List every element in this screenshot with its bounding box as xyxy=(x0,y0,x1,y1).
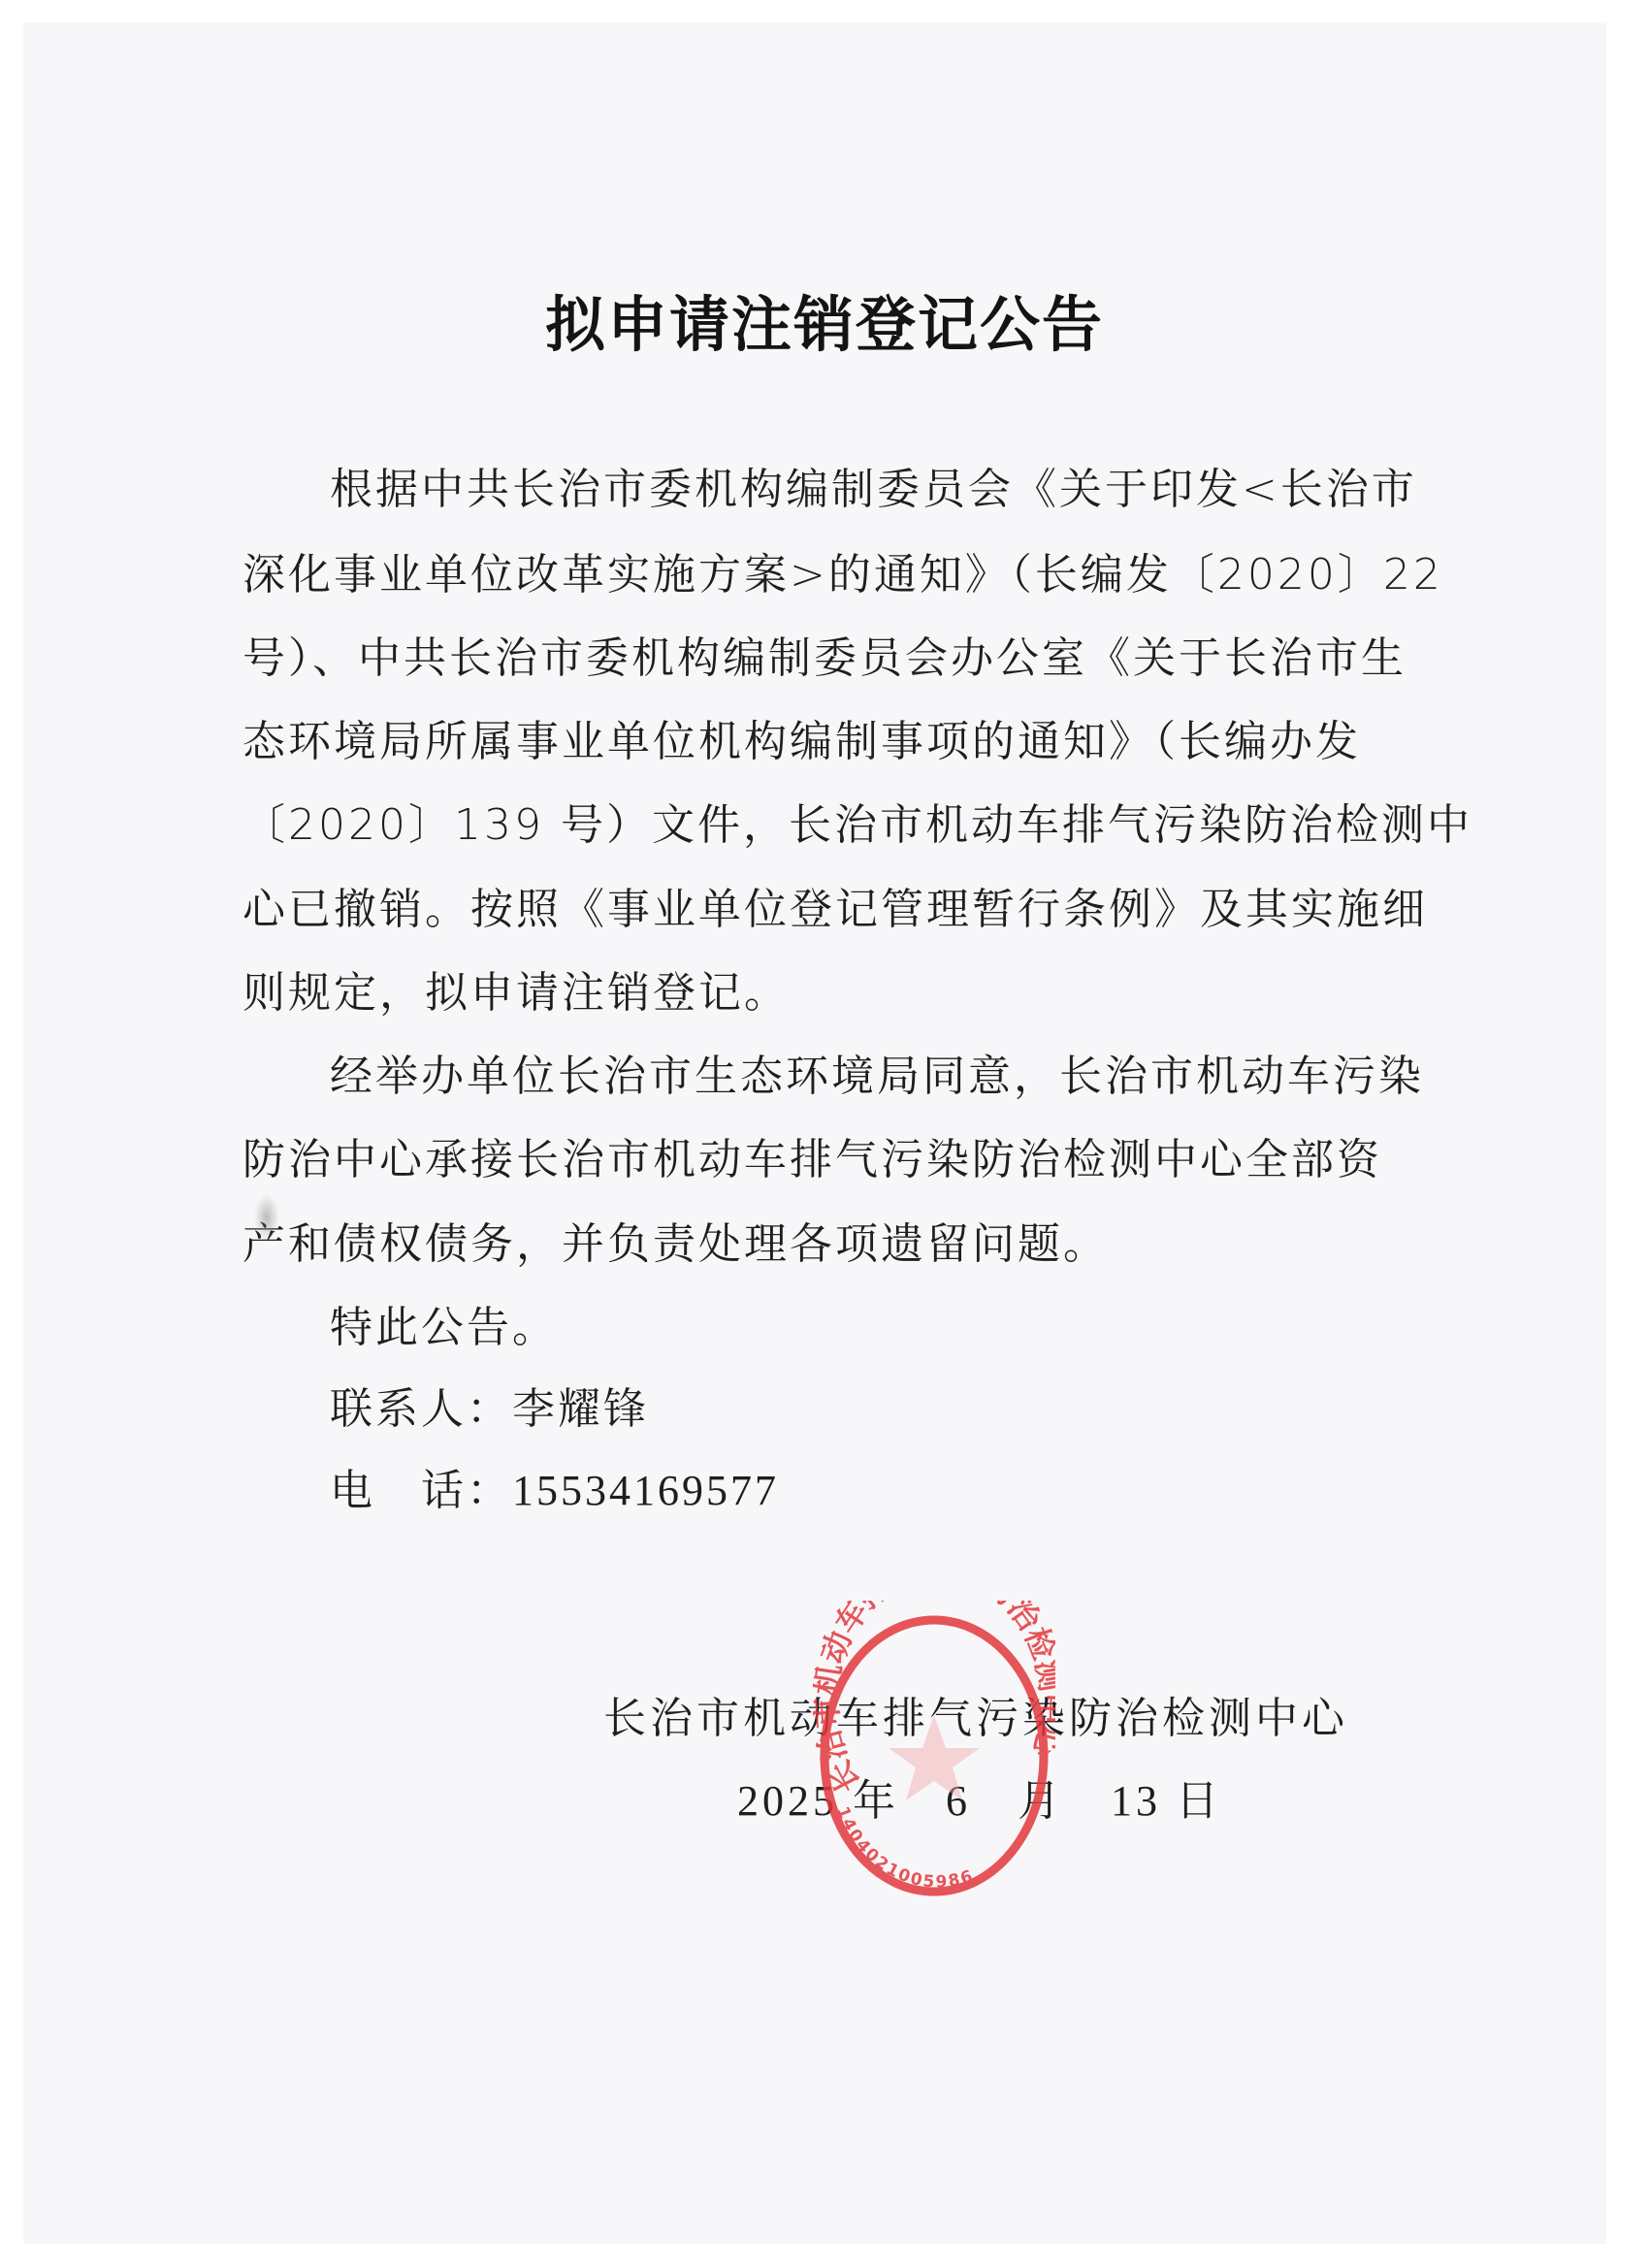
paragraph2-line-2: 防治中心承接长治市机动车排气污染防治检测中心全部资 xyxy=(242,1124,1382,1186)
signature-date: 2025 年 6 月 13 日 xyxy=(737,1766,1222,1828)
paragraph1-line-3: 号）、中共长治市委机构编制委员会办公室《关于长治市生 xyxy=(242,623,1406,685)
paragraph2-line-1: 经举办单位长治市生态环境局同意，长治市机动车污染 xyxy=(330,1041,1424,1103)
phone-row: 电 话：15534169577 xyxy=(330,1455,779,1517)
phone-number: 15534169577 xyxy=(512,1467,779,1514)
contact-name: 李耀锋 xyxy=(512,1384,649,1434)
paragraph1-line-5: 〔2020〕139 号）文件，长治市机动车排气污染防治检测中 xyxy=(242,790,1472,852)
signature-organization: 长治市机动车排气污染防治检测中心 xyxy=(603,1683,1348,1745)
paragraph2-line-3: 产和债权债务，并负责处理各项遗留问题。 xyxy=(242,1209,1109,1271)
paragraph1-line-6: 心已撤销。按照《事业单位登记管理暂行条例》及其实施细 xyxy=(242,874,1428,936)
contact-row: 联系人：李耀锋 xyxy=(330,1374,649,1436)
document-title: 拟申请注销登记公告 xyxy=(0,276,1649,363)
paragraph1-line-1: 根据中共长治市委机构编制委员会《关于印发<长治市 xyxy=(330,454,1417,516)
paragraph1-line-4: 态环境局所属事业单位机构编制事项的通知》（长编办发 xyxy=(242,706,1361,768)
scan-smudge xyxy=(254,1193,279,1242)
contact-label: 联系人： xyxy=(330,1384,512,1434)
paragraph1-line-2: 深化事业单位改革实施方案>的通知》（长编发〔2020〕22 xyxy=(242,539,1443,601)
phone-label: 电 话： xyxy=(330,1466,512,1515)
paragraph1-line-7: 则规定，拟申请注销登记。 xyxy=(242,957,790,1020)
closing-text: 特此公告。 xyxy=(330,1292,558,1354)
